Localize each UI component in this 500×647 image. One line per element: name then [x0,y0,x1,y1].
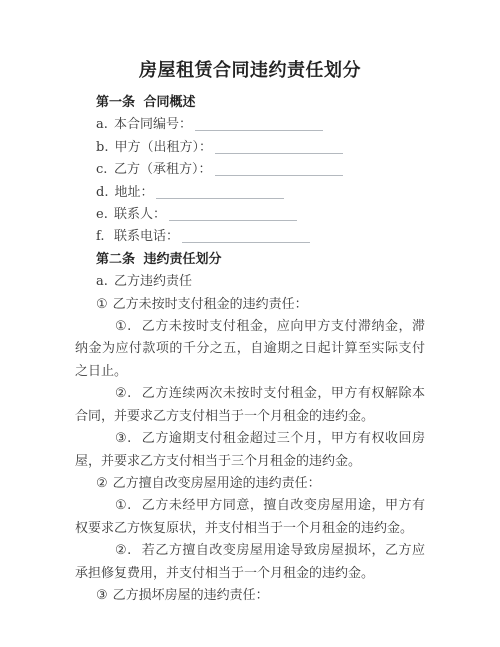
clause-marker: ③ [96,588,108,603]
clause-2-item-2: ②.若乙方擅自改变房屋用途导致房屋损坏，乙方应承担修复费用，并支付相当于一个月租… [75,540,425,585]
field-row-address: d.地址： [96,182,500,204]
field-label: 本合同编号： [114,117,192,132]
document-page: 房屋租赁合同违约责任划分 第一条 合同概述 a.本合同编号： b.甲方（出租方）… [0,0,500,647]
field-row-contract-number: a.本合同编号： [96,114,500,136]
clause-item-marker: ②. [115,543,131,558]
blank-underline [215,162,343,176]
blank-underline [182,229,310,243]
field-marker: e. [96,204,108,226]
section2-subheading: a.乙方违约责任 [96,271,500,293]
clause-1-item-2: ②.乙方连续两次未按时支付租金，甲方有权解除本合同，并要求乙方支付相当于一个月租… [75,383,425,428]
field-marker: d. [96,182,108,204]
clause-2-title: ②乙方擅自改变房屋用途的违约责任： [96,473,500,495]
clause-marker: ② [96,476,108,491]
section1-heading: 第一条 合同概述 [96,92,500,114]
clause-1-item-1: ①.乙方未按时支付租金，应向甲方支付滞纳金，滞纳金为应付款项的千分之五，自逾期之… [75,316,425,383]
subheading-label: 乙方违约责任 [114,274,192,289]
page-title: 房屋租赁合同违约责任划分 [0,58,500,84]
document-body: 第一条 合同概述 a.本合同编号： b.甲方（出租方）： c.乙方（承租方）： … [0,92,500,607]
field-marker: a. [96,114,108,136]
clause-item-marker: ①. [115,319,131,334]
blank-underline [156,185,284,199]
field-marker: b. [96,137,108,159]
blank-underline [169,207,297,221]
clause-3-title: ③乙方损坏房屋的违约责任： [96,585,500,607]
clause-item-marker: ①. [115,498,131,513]
field-label: 甲方（出租方）： [114,140,212,155]
field-row-party-b: c.乙方（承租方）： [96,159,500,181]
subheading-marker: a. [96,271,108,293]
field-label: 联系人： [114,207,166,222]
field-row-contact-person: e.联系人： [96,204,500,226]
section2-heading: 第二条 违约责任划分 [96,249,500,271]
field-marker: f. [96,226,108,248]
field-row-party-a: b.甲方（出租方）： [96,137,500,159]
blank-underline [195,117,323,131]
clause-item-marker: ③. [115,431,131,446]
blank-underline [215,140,343,154]
clause-title-text: 乙方损坏房屋的违约责任： [113,588,269,603]
field-label: 乙方（承租方）： [114,162,212,177]
field-label: 地址： [114,185,153,200]
clause-1-item-3: ③.乙方逾期支付租金超过三个月，甲方有权收回房屋，并要求乙方支付相当于三个月租金… [75,428,425,473]
clause-1-title: ①乙方未按时支付租金的违约责任： [96,294,500,316]
field-label: 联系电话： [114,229,179,244]
field-marker: c. [96,159,108,181]
clause-title-text: 乙方擅自改变房屋用途的违约责任： [113,476,321,491]
clause-marker: ① [96,297,108,312]
clause-item-marker: ②. [115,386,131,401]
clause-title-text: 乙方未按时支付租金的违约责任： [113,297,308,312]
field-row-contact-phone: f.联系电话： [96,226,500,248]
clause-2-item-1: ①.乙方未经甲方同意，擅自改变房屋用途，甲方有权要求乙方恢复原状，并支付相当于一… [75,495,425,540]
